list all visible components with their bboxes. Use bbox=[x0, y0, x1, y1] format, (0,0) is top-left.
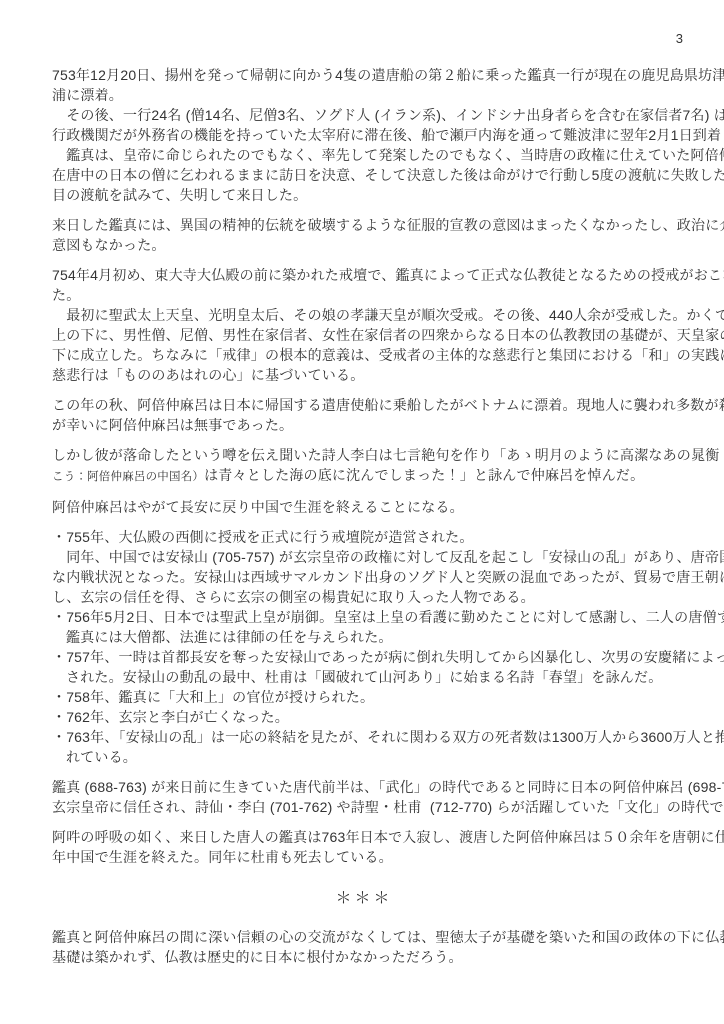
text-line: 上の下に、男性僧、尼僧、男性在家信者、女性在家信者の四衆からなる日本の仏教教団の… bbox=[52, 325, 676, 345]
bullet-list-chronology: ・755年、大仏殿の西側に授戒を正式に行う戒壇院が造営された。 同年、中国では安… bbox=[52, 527, 676, 767]
text-line: この年の秋、阿倍仲麻呂は日本に帰国する遣唐使船に乗船したがベトナムに漂着。現地人… bbox=[52, 395, 676, 415]
text-line-rest: は青々とした海の底に沈んでしまった！」と詠んで仲麻呂を悼んだ。 bbox=[204, 467, 644, 483]
paragraph-changan: 阿倍仲麻呂はやがて長安に戻り中国で生涯を終えることになる。 bbox=[52, 497, 676, 517]
text-line: な内戦状況となった。安禄山は西域サマルカンド出身のソグド人と突厥の混血であったが… bbox=[52, 567, 676, 587]
text-line: 目の渡航を試みて、失明して来日した。 bbox=[52, 185, 676, 205]
bullet-item-757: ・757年、一時は首都長安を奪った安禄山であったが病に倒れ失明してから凶暴化し、… bbox=[52, 647, 676, 667]
text-line: 754年4月初め、東大寺大仏殿の前に築かれた戒壇で、鑑真によって正式な仏教徒とな… bbox=[52, 265, 676, 285]
bullet-item-763: ・763年、「安禄山の乱」は一応の終結を見たが、それに関わる双方の死者数は130… bbox=[52, 727, 676, 747]
text-line: 行政機関だが外務省の機能を持っていた太宰府に滞在後、船で瀬戸内海を通って難波津に… bbox=[52, 125, 676, 145]
bullet-item-758: ・758年、鑑真に「大和上」の官位が授けられた。 bbox=[52, 687, 676, 707]
text-line: 鑑真は、皇帝に命じられたのでもなく、率先して発案したのでもなく、当時唐の政権に仕… bbox=[52, 145, 676, 165]
text-line: 阿吽の呼吸の如く、来日した唐人の鑑真は763年日本で入寂し、渡唐した阿倍仲麻呂は… bbox=[52, 827, 676, 847]
text-line: 阿倍仲麻呂はやがて長安に戻り中国で生涯を終えることになる。 bbox=[52, 497, 676, 517]
text-line: 意図もなかった。 bbox=[52, 235, 676, 255]
document-page: 3 753年12月20日、揚州を発って帰朝に向かう4隻の遣唐船の第２船に乗った鑑… bbox=[0, 0, 724, 1024]
paragraph-deaths: 阿吽の呼吸の如く、来日した唐人の鑑真は763年日本で入寂し、渡唐した阿倍仲麻呂は… bbox=[52, 827, 676, 867]
text-line: 最初に聖武太上天皇、光明皇太后、その娘の孝謙天皇が順次受戒。その後、440人余が… bbox=[52, 305, 676, 325]
bullet-item-756: ・756年5月2日、日本では聖武上皇が崩御。皇室は上皇の看護に勤めたことに対して… bbox=[52, 607, 676, 627]
text-line: 鑑真と阿倍仲麻呂の間に深い信頼の心の交流がなくしては、聖徳太子が基礎を築いた和国… bbox=[52, 927, 676, 947]
paragraph-conclusion: 鑑真と阿倍仲麻呂の間に深い信頼の心の交流がなくしては、聖徳太子が基礎を築いた和国… bbox=[52, 927, 676, 967]
text-line: 753年12月20日、揚州を発って帰朝に向かう4隻の遣唐船の第２船に乗った鑑真一… bbox=[52, 65, 676, 85]
section-separator: ＊＊＊ bbox=[52, 889, 676, 909]
text-line: 玄宗皇帝に信任され、詩仙・李白 (701-762) や詩聖・杜甫 (712-77… bbox=[52, 797, 676, 817]
paragraph-tang-era: 鑑真 (688-763) が来日前に生きていた唐代前半は、「武化」の時代であると… bbox=[52, 777, 676, 817]
text-line: し、玄宗の信任を得、さらに玄宗の側室の楊貴妃に取り入った人物である。 bbox=[52, 587, 676, 607]
document-body: 753年12月20日、揚州を発って帰朝に向かう4隻の遣唐船の第２船に乗った鑑真一… bbox=[52, 65, 676, 977]
paragraph-intent: 来日した鑑真には、異国の精神的伝統を破壊するような征服的宣教の意図はまったくなか… bbox=[52, 215, 676, 255]
text-line: 鑑真には大僧都、法進には律師の任を与えられた。 bbox=[52, 627, 676, 647]
text-line: 下に成立した。ちなみに「戒律」の根本的意義は、受戒者の主体的な慈悲行と集団におけ… bbox=[52, 345, 676, 365]
paragraph-ordination: 754年4月初め、東大寺大仏殿の前に築かれた戒壇で、鑑真によって正式な仏教徒とな… bbox=[52, 265, 676, 385]
paragraph-libai-poem: しかし彼が落命したという噂を伝え聞いた詩人李白は七言絶句を作り「あゝ明月のように… bbox=[52, 445, 676, 487]
text-line: その後、一行24名 (僧14名、尼僧3名、ソグド人 (イラン系)、インドシナ出身… bbox=[52, 105, 676, 125]
text-line: 年中国で生涯を終えた。同年に杜甫も死去している。 bbox=[52, 847, 676, 867]
text-line: 来日した鑑真には、異国の精神的伝統を破壊するような征服的宣教の意図はまったくなか… bbox=[52, 215, 676, 235]
text-line: が幸いに阿倍仲麻呂は無事であった。 bbox=[52, 415, 676, 435]
text-line: 同年、中国では安禄山 (705-757) が玄宗皇帝の政権に対して反乱を起こし「… bbox=[52, 547, 676, 567]
text-line: こう：阿倍仲麻呂の中国名）は青々とした海の底に沈んでしまった！」と詠んで仲麻呂を… bbox=[52, 465, 676, 487]
paragraph-arrival: 753年12月20日、揚州を発って帰朝に向かう4隻の遣唐船の第２船に乗った鑑真一… bbox=[52, 65, 676, 205]
gloss-small-text: こう：阿倍仲麻呂の中国名） bbox=[52, 471, 204, 483]
text-line: 慈悲行は「もののあはれの心」に基づいている。 bbox=[52, 365, 676, 385]
bullet-item-755: ・755年、大仏殿の西側に授戒を正式に行う戒壇院が造営された。 bbox=[52, 527, 676, 547]
text-line: された。安禄山の動乱の最中、杜甫は「國破れて山河あり」に始まる名詩「春望」を詠ん… bbox=[52, 667, 676, 687]
text-line: 在唐中の日本の僧に乞われるままに訪日を決意、そして決意した後は命がけで行動し5度… bbox=[52, 165, 676, 185]
page-number: 3 bbox=[676, 31, 683, 46]
text-line: 基礎は築かれず、仏教は歴史的に日本に根付かなかっただろう。 bbox=[52, 947, 676, 967]
text-line: れている。 bbox=[52, 747, 676, 767]
text-line: しかし彼が落命したという噂を伝え聞いた詩人李白は七言絶句を作り「あゝ明月のように… bbox=[52, 445, 676, 465]
text-line: 浦に漂着。 bbox=[52, 85, 676, 105]
text-line: た。 bbox=[52, 285, 676, 305]
paragraph-shipwreck: この年の秋、阿倍仲麻呂は日本に帰国する遣唐使船に乗船したがベトナムに漂着。現地人… bbox=[52, 395, 676, 435]
bullet-item-762: ・762年、玄宗と李白が亡くなった。 bbox=[52, 707, 676, 727]
text-line: 鑑真 (688-763) が来日前に生きていた唐代前半は、「武化」の時代であると… bbox=[52, 777, 676, 797]
